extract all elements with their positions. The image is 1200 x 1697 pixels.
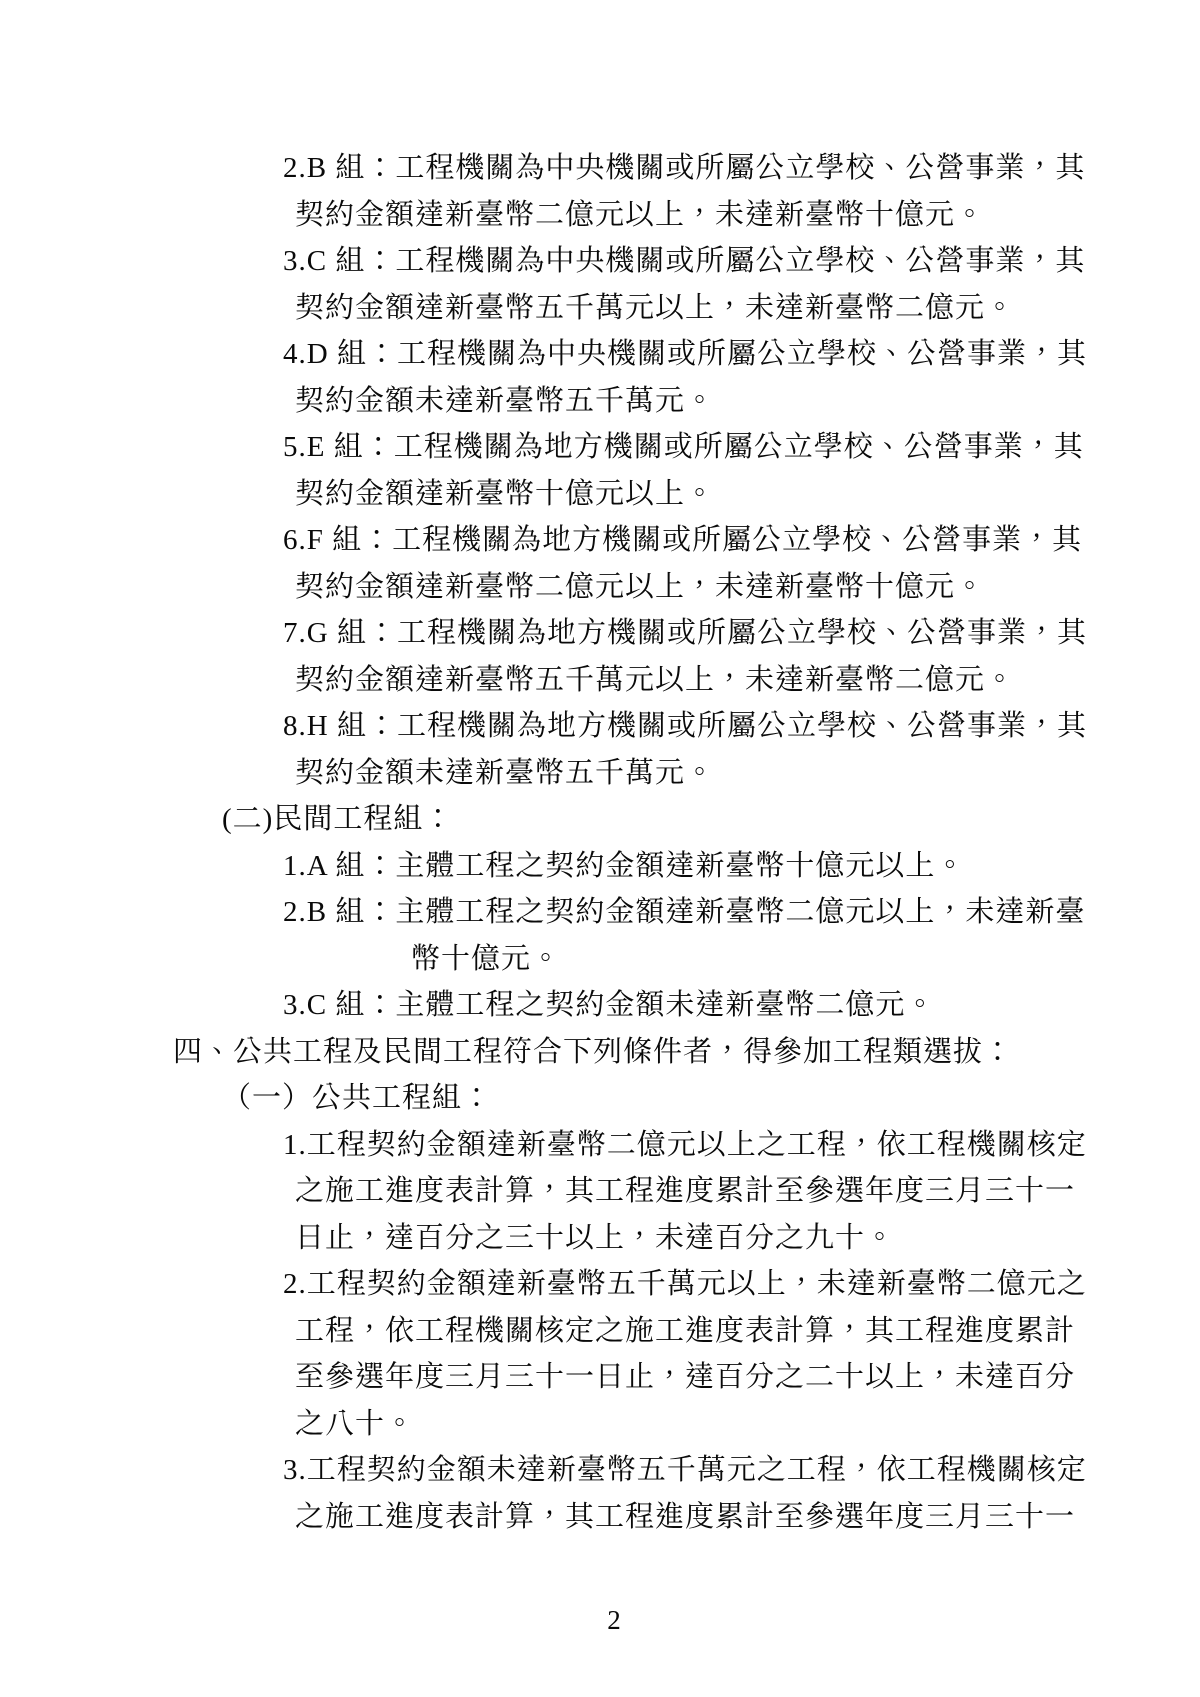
group-b-continuation-line: 契約金額達新臺幣二億元以上，未達新臺幣十億元。	[295, 192, 1200, 239]
group-c-continuation-line: 契約金額達新臺幣五千萬元以上，未達新臺幣二億元。	[295, 285, 1200, 332]
section4-item1-line1: 1.工程契約金額達新臺幣二億元以上之工程，依工程機關核定	[283, 1122, 1200, 1169]
private-group-b-item-line: 2.B 組：主體工程之契約金額達新臺幣二億元以上，未達新臺	[283, 889, 1200, 936]
section4-item3-line2: 之施工進度表計算，其工程進度累計至參選年度三月三十一	[295, 1494, 1200, 1541]
group-g-continuation-line: 契約金額達新臺幣五千萬元以上，未達新臺幣二億元。	[295, 657, 1200, 704]
section4-item2-line2: 工程，依工程機關核定之施工進度表計算，其工程進度累計	[295, 1308, 1200, 1355]
document-page: 2.B 組：工程機關為中央機關或所屬公立學校、公營事業，其 契約金額達新臺幣二億…	[0, 0, 1200, 1697]
group-d-item-line: 4.D 組：工程機關為中央機關或所屬公立學校、公營事業，其	[283, 331, 1200, 378]
section4-header: 四、公共工程及民間工程符合下列條件者，得參加工程類選拔：	[173, 1029, 1200, 1076]
section4-item2-line4: 之八十。	[295, 1401, 1200, 1448]
group-e-item-line: 5.E 組：工程機關為地方機關或所屬公立學校、公營事業，其	[283, 424, 1200, 471]
private-works-header: (二)民間工程組：	[222, 796, 1200, 843]
section4-item2-line3: 至參選年度三月三十一日止，達百分之二十以上，未達百分	[295, 1354, 1200, 1401]
section4-item1-line3: 日止，達百分之三十以上，未達百分之九十。	[295, 1215, 1200, 1262]
group-f-continuation-line: 契約金額達新臺幣二億元以上，未達新臺幣十億元。	[295, 564, 1200, 611]
group-h-continuation-line: 契約金額未達新臺幣五千萬元。	[295, 750, 1200, 797]
private-group-b-continuation-line: 幣十億元。	[411, 936, 1200, 983]
section4-item2-line1: 2.工程契約金額達新臺幣五千萬元以上，未達新臺幣二億元之	[283, 1261, 1200, 1308]
group-c-item-line: 3.C 組：工程機關為中央機關或所屬公立學校、公營事業，其	[283, 238, 1200, 285]
private-group-c-item-line: 3.C 組：主體工程之契約金額未達新臺幣二億元。	[283, 982, 1200, 1029]
section4-item1-line2: 之施工進度表計算，其工程進度累計至參選年度三月三十一	[295, 1168, 1200, 1215]
private-group-a-item-line: 1.A 組：主體工程之契約金額達新臺幣十億元以上。	[283, 843, 1200, 890]
group-b-item-line: 2.B 組：工程機關為中央機關或所屬公立學校、公營事業，其	[283, 145, 1200, 192]
document-body: 2.B 組：工程機關為中央機關或所屬公立學校、公營事業，其 契約金額達新臺幣二億…	[0, 145, 1200, 1540]
page-number: 2	[607, 1605, 621, 1636]
section4-sub-header: （一）公共工程組：	[222, 1075, 1200, 1122]
section4-item3-line1: 3.工程契約金額未達新臺幣五千萬元之工程，依工程機關核定	[283, 1447, 1200, 1494]
group-f-item-line: 6.F 組：工程機關為地方機關或所屬公立學校、公營事業，其	[283, 517, 1200, 564]
group-e-continuation-line: 契約金額達新臺幣十億元以上。	[295, 471, 1200, 518]
group-d-continuation-line: 契約金額未達新臺幣五千萬元。	[295, 378, 1200, 425]
group-h-item-line: 8.H 組：工程機關為地方機關或所屬公立學校、公營事業，其	[283, 703, 1200, 750]
group-g-item-line: 7.G 組：工程機關為地方機關或所屬公立學校、公營事業，其	[283, 610, 1200, 657]
